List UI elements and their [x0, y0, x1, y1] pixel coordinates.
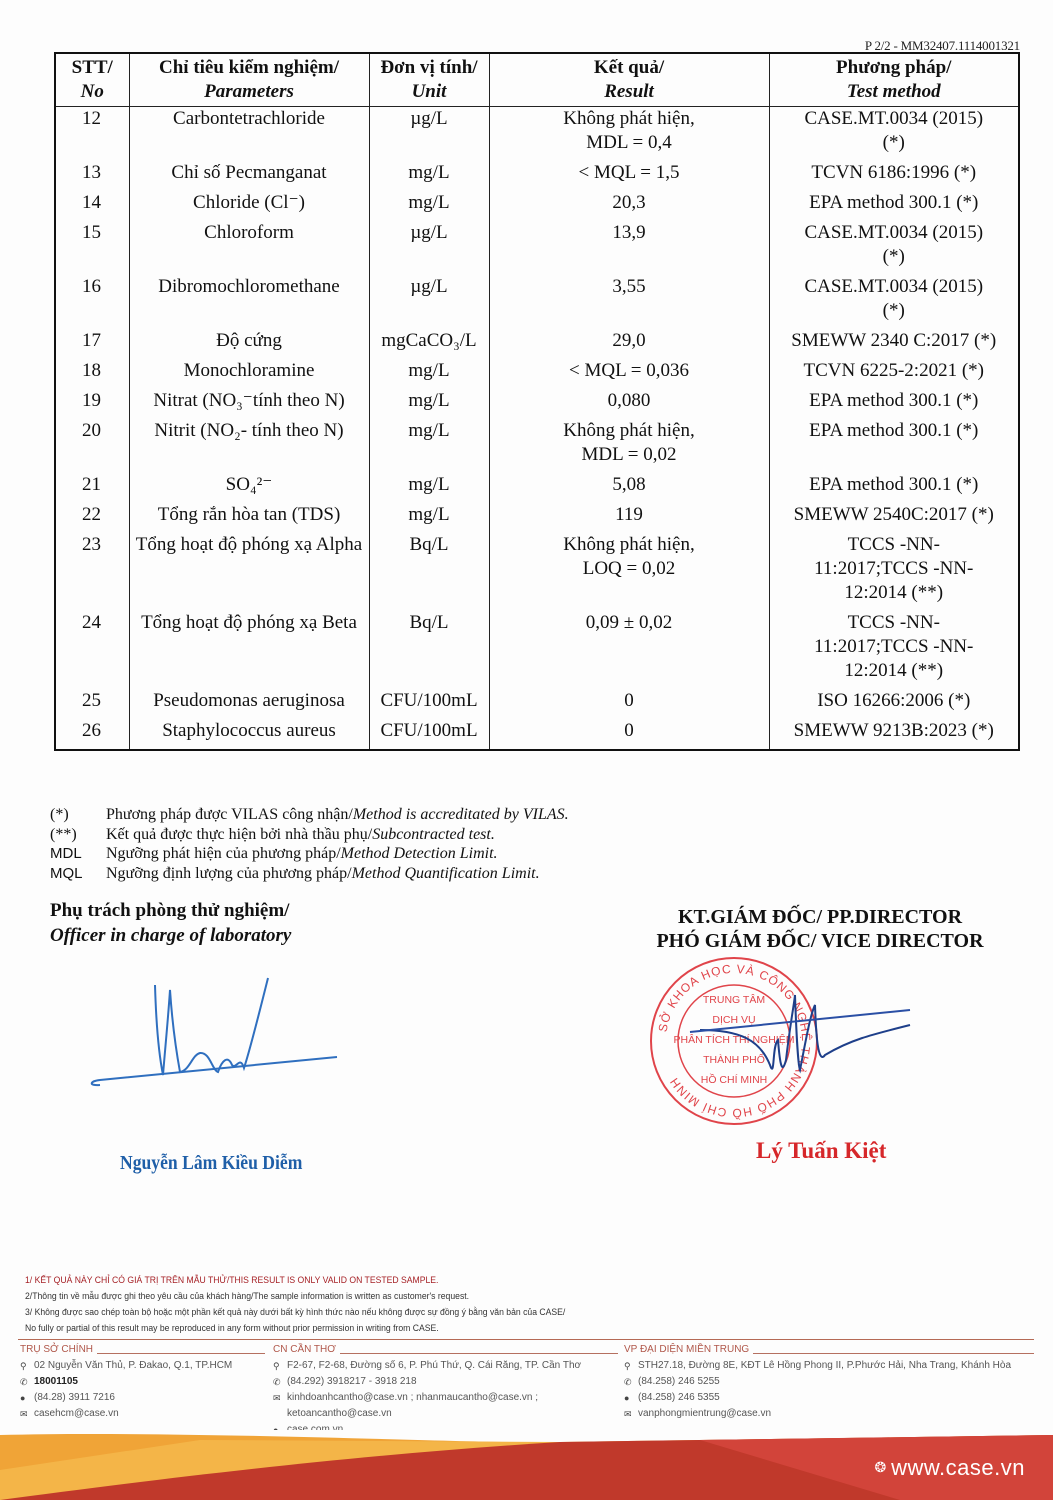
table-row: 19Nitrat (NO₃⁻tính theo N)mg/L0,080EPA m…	[55, 389, 1019, 419]
row-unit: µg/L	[369, 221, 489, 275]
lab-officer-title-en: Officer in charge of laboratory	[50, 923, 291, 948]
disclaimer-line-3: 3/ Không được sao chép toàn bộ hoặc một …	[25, 1305, 727, 1321]
row-unit: mg/L	[369, 191, 489, 221]
result-line: 20,3	[494, 191, 765, 215]
footnote-key: (*)	[50, 805, 106, 825]
method-line: TCCS -NN-	[774, 533, 1015, 557]
row-method: TCVN 6186:1996 (*)	[769, 161, 1019, 191]
row-result: 13,9	[489, 221, 769, 275]
email-icon: ✉	[624, 1406, 638, 1422]
row-result: 119	[489, 503, 769, 533]
row-parameter: Chỉ số Pecmanganat	[129, 161, 369, 191]
office-line: ✉casehcm@case.vn	[20, 1406, 265, 1422]
row-result: < MQL = 0,036	[489, 359, 769, 389]
method-line: EPA method 300.1 (*)	[774, 473, 1015, 497]
method-line: TCVN 6186:1996 (*)	[774, 161, 1015, 185]
row-method: TCVN 6225-2:2021 (*)	[769, 359, 1019, 389]
method-line: 12:2014 (**)	[774, 581, 1015, 605]
row-unit: CFU/100mL	[369, 689, 489, 719]
result-line: Không phát hiện,	[494, 107, 765, 131]
header-parameters: Chỉ tiêu kiểm nghiệm/Parameters	[129, 53, 369, 107]
result-line: < MQL = 0,036	[494, 359, 765, 383]
row-result: Không phát hiện,LOQ = 0,02	[489, 533, 769, 611]
director-title: KT.GIÁM ĐỐC/ PP.DIRECTOR PHÓ GIÁM ĐỐC/ V…	[640, 905, 1000, 953]
row-method: SMEWW 2340 C:2017 (*)	[769, 329, 1019, 359]
table-row: 21SO₄²⁻mg/L5,08EPA method 300.1 (*)	[55, 473, 1019, 503]
result-line: Không phát hiện,	[494, 419, 765, 443]
result-line: 0,080	[494, 389, 765, 413]
row-result: 0,09 ± 0,02	[489, 611, 769, 689]
email-icon: ✉	[273, 1390, 287, 1406]
row-parameter: SO₄²⁻	[129, 473, 369, 503]
office-title: TRỤ SỞ CHÍNH	[20, 1342, 265, 1358]
footer-divider	[18, 1339, 1034, 1340]
method-line: (*)	[774, 299, 1015, 323]
row-number: 24	[55, 611, 129, 689]
result-line: < MQL = 1,5	[494, 161, 765, 185]
office-line: ✆(84.292) 3918217 - 3918 218	[273, 1374, 618, 1390]
row-result: < MQL = 1,5	[489, 161, 769, 191]
footnote-vi: Ngưỡng định lượng của phương pháp/	[106, 864, 352, 884]
row-unit: CFU/100mL	[369, 719, 489, 750]
office-line-text: STH27.18, Đường 8E, KĐT Lê Hồng Phong II…	[638, 1358, 1011, 1374]
result-line: 3,55	[494, 275, 765, 299]
result-line: 0	[494, 719, 765, 743]
lab-officer-name: Nguyễn Lâm Kiều Diễm	[120, 1152, 302, 1175]
row-number: 19	[55, 389, 129, 419]
footnote-key: MDL	[50, 844, 106, 864]
header-method: Phương pháp/Test method	[769, 53, 1019, 107]
method-line: 11:2017;TCCS -NN-	[774, 635, 1015, 659]
row-number: 26	[55, 719, 129, 750]
phone-icon: ✆	[624, 1374, 638, 1390]
result-line: MDL = 0,4	[494, 131, 765, 155]
row-method: EPA method 300.1 (*)	[769, 389, 1019, 419]
office-block: VP ĐẠI DIỆN MIỀN TRUNG⚲STH27.18, Đường 8…	[624, 1342, 1034, 1422]
table-row: 16Dibromochloromethaneµg/L3,55CASE.MT.00…	[55, 275, 1019, 329]
fax-icon: ●	[20, 1390, 34, 1406]
director-signature	[660, 985, 980, 1155]
method-line: (*)	[774, 245, 1015, 269]
row-parameter: Staphylococcus aureus	[129, 719, 369, 750]
row-unit: mg/L	[369, 473, 489, 503]
method-line: EPA method 300.1 (*)	[774, 191, 1015, 215]
lab-officer-title-vi: Phụ trách phòng thử nghiệm/	[50, 898, 291, 923]
method-line: TCVN 6225-2:2021 (*)	[774, 359, 1015, 383]
table-row: 26Staphylococcus aureusCFU/100mL0SMEWW 9…	[55, 719, 1019, 750]
office-line-text: F2-67, F2-68, Đường số 6, P. Phú Thứ, Q.…	[287, 1358, 581, 1374]
row-method: ISO 16266:2006 (*)	[769, 689, 1019, 719]
globe-icon: ❂	[874, 1459, 891, 1475]
row-result: Không phát hiện,MDL = 0,02	[489, 419, 769, 473]
result-line: 119	[494, 503, 765, 527]
office-title-rule	[97, 1353, 265, 1354]
office-line: ●(84.28) 3911 7216	[20, 1390, 265, 1406]
results-table: STT/No Chỉ tiêu kiểm nghiệm/Parameters Đ…	[54, 52, 1020, 751]
row-number: 23	[55, 533, 129, 611]
method-line: (*)	[774, 131, 1015, 155]
location-icon: ⚲	[20, 1358, 34, 1374]
office-block: TRỤ SỞ CHÍNH⚲02 Nguyễn Văn Thủ, P. Đakao…	[20, 1342, 265, 1422]
row-method: SMEWW 9213B:2023 (*)	[769, 719, 1019, 750]
result-line: 0,09 ± 0,02	[494, 611, 765, 635]
website-link[interactable]: ❂ www.case.vn	[874, 1455, 1025, 1481]
row-unit: mg/L	[369, 359, 489, 389]
footnote: MDLNgưỡng phát hiện của phương pháp/ Met…	[50, 844, 569, 864]
result-line: 13,9	[494, 221, 765, 245]
footnote-key: (**)	[50, 825, 106, 845]
method-line: SMEWW 2540C:2017 (*)	[774, 503, 1015, 527]
row-number: 20	[55, 419, 129, 473]
office-line-text[interactable]: vanphongmientrung@case.vn	[638, 1406, 771, 1422]
row-unit: mgCaCO₃/L	[369, 329, 489, 359]
table-row: 18Monochloraminemg/L< MQL = 0,036TCVN 62…	[55, 359, 1019, 389]
office-line: ⚲F2-67, F2-68, Đường số 6, P. Phú Thứ, Q…	[273, 1358, 618, 1374]
method-line: CASE.MT.0034 (2015)	[774, 107, 1015, 131]
footnote-en: Method Detection Limit.	[341, 844, 498, 864]
method-line: CASE.MT.0034 (2015)	[774, 221, 1015, 245]
lab-officer-signature	[50, 960, 350, 1090]
table-row: 13Chỉ số Pecmanganatmg/L< MQL = 1,5TCVN …	[55, 161, 1019, 191]
fax-icon: ●	[624, 1390, 638, 1406]
footnote-vi: Phương pháp được VILAS công nhận/	[106, 805, 353, 825]
footnote: (**) Kết quả được thực hiện bởi nhà thầu…	[50, 825, 569, 845]
row-number: 13	[55, 161, 129, 191]
method-line: SMEWW 9213B:2023 (*)	[774, 719, 1015, 743]
method-line: CASE.MT.0034 (2015)	[774, 275, 1015, 299]
method-line: 12:2014 (**)	[774, 659, 1015, 683]
office-line-text[interactable]: ketoancantho@case.vn	[287, 1406, 392, 1422]
row-parameter: Tổng hoạt độ phóng xạ Alpha	[129, 533, 369, 611]
row-number: 17	[55, 329, 129, 359]
method-line: EPA method 300.1 (*)	[774, 419, 1015, 443]
office-line-text: (84.258) 246 5355	[638, 1390, 720, 1406]
table-row: 20Nitrit (NO₂- tính theo N)mg/LKhông phá…	[55, 419, 1019, 473]
row-result: 0,080	[489, 389, 769, 419]
footnote-en: Method Quantification Limit.	[352, 864, 540, 884]
result-line: 5,08	[494, 473, 765, 497]
director-name: Lý Tuấn Kiệt	[756, 1138, 886, 1164]
table-row: 23Tổng hoạt độ phóng xạ AlphaBq/LKhông p…	[55, 533, 1019, 611]
row-unit: Bq/L	[369, 533, 489, 611]
office-title-text: CN CẦN THƠ	[273, 1342, 336, 1358]
office-title: VP ĐẠI DIỆN MIỀN TRUNG	[624, 1342, 1034, 1358]
disclaimer-line-4: No fully or partial of this result may b…	[25, 1321, 727, 1337]
table-row: 12Carbontetrachlorideµg/LKhông phát hiện…	[55, 107, 1019, 162]
office-line: ✉kinhdoanhcantho@case.vn ; nhanmaucantho…	[273, 1390, 618, 1406]
office-line-text: (84.292) 3918217 - 3918 218	[287, 1374, 417, 1390]
office-line-text[interactable]: casehcm@case.vn	[34, 1406, 119, 1422]
office-title-rule	[753, 1353, 1034, 1354]
office-line-text: 18001105	[34, 1374, 78, 1390]
row-method: TCCS -NN-11:2017;TCCS -NN-12:2014 (**)	[769, 611, 1019, 689]
table-row: 22Tổng rắn hòa tan (TDS)mg/L119SMEWW 254…	[55, 503, 1019, 533]
row-method: CASE.MT.0034 (2015)(*)	[769, 275, 1019, 329]
result-line: LOQ = 0,02	[494, 557, 765, 581]
row-unit: mg/L	[369, 503, 489, 533]
phone-icon: ✆	[273, 1374, 287, 1390]
row-number: 25	[55, 689, 129, 719]
location-icon: ⚲	[273, 1358, 287, 1374]
row-parameter: Tổng rắn hòa tan (TDS)	[129, 503, 369, 533]
row-number: 15	[55, 221, 129, 275]
row-result: Không phát hiện,MDL = 0,4	[489, 107, 769, 162]
result-line: 0	[494, 689, 765, 713]
office-line: ●(84.258) 246 5355	[624, 1390, 1034, 1406]
result-line: 29,0	[494, 329, 765, 353]
row-method: CASE.MT.0034 (2015)(*)	[769, 221, 1019, 275]
table-row: 15Chloroformµg/L13,9CASE.MT.0034 (2015)(…	[55, 221, 1019, 275]
row-parameter: Chloroform	[129, 221, 369, 275]
row-unit: µg/L	[369, 275, 489, 329]
director-title-2: PHÓ GIÁM ĐỐC/ VICE DIRECTOR	[640, 929, 1000, 953]
row-result: 20,3	[489, 191, 769, 221]
table-row: 14Chloride (Cl⁻)mg/L20,3EPA method 300.1…	[55, 191, 1019, 221]
office-line-text: (84.258) 246 5255	[638, 1374, 720, 1390]
row-number: 21	[55, 473, 129, 503]
director-title-1: KT.GIÁM ĐỐC/ PP.DIRECTOR	[640, 905, 1000, 929]
office-line: ✆(84.258) 246 5255	[624, 1374, 1034, 1390]
row-number: 12	[55, 107, 129, 162]
office-line: ⚲02 Nguyễn Văn Thủ, P. Đakao, Q.1, TP.HC…	[20, 1358, 265, 1374]
row-parameter: Dibromochloromethane	[129, 275, 369, 329]
office-line: ✉vanphongmientrung@case.vn	[624, 1406, 1034, 1422]
footnote-en: Subcontracted test.	[372, 825, 495, 845]
method-line: ISO 16266:2006 (*)	[774, 689, 1015, 713]
row-unit: mg/L	[369, 161, 489, 191]
result-line: MDL = 0,02	[494, 443, 765, 467]
row-unit: µg/L	[369, 107, 489, 162]
row-result: 29,0	[489, 329, 769, 359]
office-title-text: TRỤ SỞ CHÍNH	[20, 1342, 93, 1358]
row-parameter: Carbontetrachloride	[129, 107, 369, 162]
row-result: 5,08	[489, 473, 769, 503]
row-number: 22	[55, 503, 129, 533]
footnote-en: Method is accreditated by VILAS.	[353, 805, 569, 825]
footnote-vi: Ngưỡng phát hiện của phương pháp/	[106, 844, 341, 864]
header-result: Kết quả/Result	[489, 53, 769, 107]
location-icon: ⚲	[624, 1358, 638, 1374]
row-unit: mg/L	[369, 389, 489, 419]
row-parameter: Tổng hoạt độ phóng xạ Beta	[129, 611, 369, 689]
office-line-text: 02 Nguyễn Văn Thủ, P. Đakao, Q.1, TP.HCM	[34, 1358, 232, 1374]
disclaimer-line-2: 2/Thông tin về mẫu được ghi theo yêu cầu…	[25, 1289, 727, 1305]
header-no: STT/No	[55, 53, 129, 107]
office-line: ✆18001105	[20, 1374, 265, 1390]
footnote: (*)Phương pháp được VILAS công nhận/ Met…	[50, 805, 569, 825]
row-unit: Bq/L	[369, 611, 489, 689]
table-row: 25Pseudomonas aeruginosaCFU/100mL0ISO 16…	[55, 689, 1019, 719]
row-number: 18	[55, 359, 129, 389]
row-number: 14	[55, 191, 129, 221]
row-method: EPA method 300.1 (*)	[769, 419, 1019, 473]
office-line-text[interactable]: kinhdoanhcantho@case.vn ; nhanmaucantho@…	[287, 1390, 538, 1406]
disclaimer: 1/ KẾT QUẢ NÀY CHỈ CÓ GIÁ TRỊ TRÊN MẪU T…	[25, 1273, 727, 1337]
office-line-text: (84.28) 3911 7216	[34, 1390, 115, 1406]
method-line: TCCS -NN-	[774, 611, 1015, 635]
method-line: EPA method 300.1 (*)	[774, 389, 1015, 413]
table-row: 17Độ cứngmgCaCO₃/L29,0SMEWW 2340 C:2017 …	[55, 329, 1019, 359]
header-unit: Đơn vị tính/Unit	[369, 53, 489, 107]
row-parameter: Độ cứng	[129, 329, 369, 359]
footnote: MQLNgưỡng định lượng của phương pháp/ Me…	[50, 864, 569, 884]
email-icon: ✉	[20, 1406, 34, 1422]
office-line: ⚲STH27.18, Đường 8E, KĐT Lê Hồng Phong I…	[624, 1358, 1034, 1374]
phone-icon: ✆	[20, 1374, 34, 1390]
office-title: CN CẦN THƠ	[273, 1342, 618, 1358]
row-method: CASE.MT.0034 (2015)(*)	[769, 107, 1019, 162]
row-method: SMEWW 2540C:2017 (*)	[769, 503, 1019, 533]
office-title-rule	[340, 1353, 618, 1354]
office-line: ketoancantho@case.vn	[273, 1406, 618, 1422]
row-parameter: Nitrit (NO₂- tính theo N)	[129, 419, 369, 473]
result-line: Không phát hiện,	[494, 533, 765, 557]
table-header-row: STT/No Chỉ tiêu kiểm nghiệm/Parameters Đ…	[55, 53, 1019, 107]
row-method: TCCS -NN-11:2017;TCCS -NN-12:2014 (**)	[769, 533, 1019, 611]
office-block: CN CẦN THƠ⚲F2-67, F2-68, Đường số 6, P. …	[273, 1342, 618, 1438]
lab-officer-title: Phụ trách phòng thử nghiệm/ Officer in c…	[50, 898, 291, 948]
row-parameter: Monochloramine	[129, 359, 369, 389]
method-line: 11:2017;TCCS -NN-	[774, 557, 1015, 581]
row-parameter: Chloride (Cl⁻)	[129, 191, 369, 221]
row-method: EPA method 300.1 (*)	[769, 473, 1019, 503]
disclaimer-line-1: 1/ KẾT QUẢ NÀY CHỈ CÓ GIÁ TRỊ TRÊN MẪU T…	[25, 1273, 727, 1289]
footnotes: (*)Phương pháp được VILAS công nhận/ Met…	[50, 805, 569, 883]
row-unit: mg/L	[369, 419, 489, 473]
row-parameter: Nitrat (NO₃⁻tính theo N)	[129, 389, 369, 419]
row-number: 16	[55, 275, 129, 329]
row-result: 3,55	[489, 275, 769, 329]
row-result: 0	[489, 689, 769, 719]
row-method: EPA method 300.1 (*)	[769, 191, 1019, 221]
row-result: 0	[489, 719, 769, 750]
footnote-key: MQL	[50, 864, 106, 884]
office-title-text: VP ĐẠI DIỆN MIỀN TRUNG	[624, 1342, 749, 1358]
table-row: 24Tổng hoạt độ phóng xạ BetaBq/L0,09 ± 0…	[55, 611, 1019, 689]
method-line: SMEWW 2340 C:2017 (*)	[774, 329, 1015, 353]
row-parameter: Pseudomonas aeruginosa	[129, 689, 369, 719]
footnote-vi: Kết quả được thực hiện bởi nhà thầu phụ/	[106, 825, 372, 845]
